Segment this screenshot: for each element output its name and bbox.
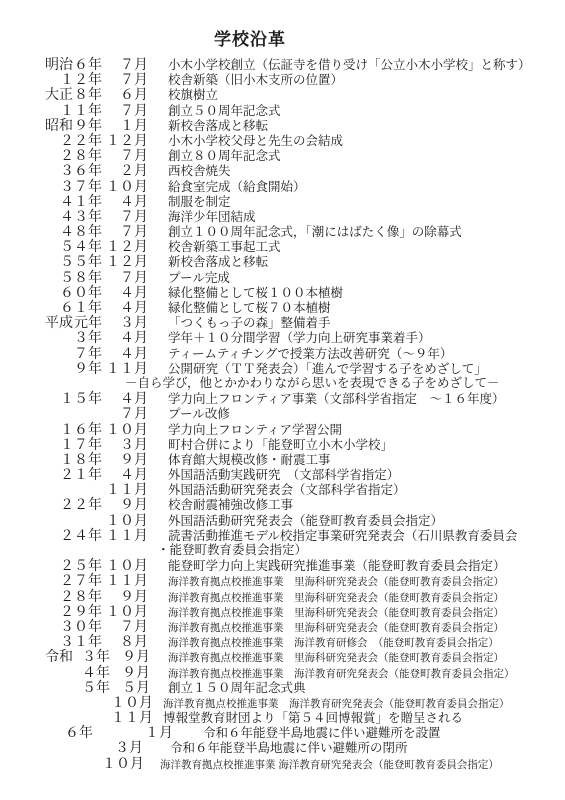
event-description: プール改修 <box>148 407 230 422</box>
history-row: ７年４月ティームティチングで授業方法改善研究（～９年） <box>0 346 565 361</box>
event-description: 学力向上フロンティア事業（文部科学省指定 ～１６年度） <box>148 392 505 407</box>
year-label: ４３年 <box>0 209 102 224</box>
event-description: 校旗樹立 <box>148 88 218 103</box>
history-row: ２８年７月創立８０周年記念式 <box>0 148 565 163</box>
event-description: 学力向上フロンティア学習公開 <box>148 423 342 438</box>
event-description: 海洋少年団結成 <box>148 210 256 225</box>
month-label: ８月 <box>102 634 148 649</box>
year-label: １７年 <box>0 437 102 452</box>
document-page: 学校沿革 明治６年７月小木小学校創立（伝証寺を借り受け「公立小木小学校」と称す）… <box>0 0 565 800</box>
history-row: ３月令和６年能登半島地震に伴い避難所の閉所 <box>0 740 565 755</box>
event-description: 緑化整備として桜７０本植樹 <box>148 301 331 316</box>
history-row: ３７年１０月給食室完成（給食開始） <box>0 179 565 194</box>
year-label: ６１年 <box>0 300 102 315</box>
year-label: ４１年 <box>0 194 102 209</box>
month-label: ７月 <box>102 406 148 421</box>
year-label: ６年 <box>0 725 93 740</box>
event-description: 新校舎落成と移転 <box>148 255 268 270</box>
year-label: ３７年 <box>0 179 102 194</box>
history-row: ２８年９月海洋教育拠点校推進事業 里海科研究発表会（能登町教育委員会指定） <box>0 589 565 604</box>
year-label: ２９年 <box>0 604 102 619</box>
month-label: ７月 <box>102 72 148 87</box>
year-label: ２２年 <box>0 497 102 512</box>
event-description: 海洋教育拠点校推進事業 海洋教育研究発表会（能登町教育委員会指定） <box>143 758 499 773</box>
history-row: ９年１１月公開研究（ＴＴ発表会）「進んで学習する子をめざして」 <box>0 361 565 376</box>
event-description: 小木小学校創立（伝証寺を借り受け「公立小木小学校」と称す） <box>148 58 531 73</box>
event-description: 校舎新築（旧小木支所の位置） <box>148 73 343 88</box>
event-description: 創立１００周年記念式，「潮にはばたく像」の除幕式 <box>148 225 462 240</box>
month-label: ９月 <box>102 497 148 512</box>
month-label: １０月 <box>102 422 148 437</box>
history-row: ２４年１１月読書活動推進モデル校指定事業研究発表会（石川県教育委員会 <box>0 528 565 543</box>
history-row: ２９年１０月海洋教育拠点校推進事業 里海科研究発表会（能登町教育委員会指定） <box>0 604 565 619</box>
year-label: ２５年 <box>0 558 102 573</box>
event-description: 校舎新築工事起工式 <box>148 240 281 255</box>
month-label: ６月 <box>102 87 148 102</box>
month-label: ５月 <box>110 680 150 695</box>
month-label: ４月 <box>102 194 148 209</box>
month-label: ９月 <box>102 589 148 604</box>
month-label: ３月 <box>102 315 148 330</box>
history-row: ５４年１２月校舎新築工事起工式 <box>0 239 565 254</box>
era-label: 平成 <box>45 315 73 330</box>
history-row: １６年１０月学力向上フロンティア学習公開 <box>0 422 565 437</box>
year-label: ３６年 <box>0 163 102 178</box>
month-label: ４月 <box>102 467 148 482</box>
event-description: 外国語活動研究発表会（文部科学省指定） <box>148 483 406 498</box>
event-description: 給食室完成（給食開始） <box>148 180 306 195</box>
history-row: ６０年４月緑化整備として桜１００本植樹 <box>0 285 565 300</box>
history-row: １１月博報堂教育財団より「第５４回博報賞」を贈呈される <box>0 710 565 725</box>
event-description: 町村合併により「能登町立小木小学校」 <box>148 438 393 453</box>
history-row: １１年７月創立５０周年記念式 <box>0 103 565 118</box>
event-description: 創立８０周年記念式 <box>148 149 281 164</box>
history-row: ３年４月学年＋１０分間学習（学力向上研究事業着手） <box>0 330 565 345</box>
year-label: ６０年 <box>0 285 102 300</box>
month-label: ７月 <box>102 619 148 634</box>
event-description: 校舎耐震補強改修工事 <box>148 498 293 513</box>
month-label: ７月 <box>102 103 148 118</box>
history-row: 昭和９年１月新校舎落成と移転 <box>0 118 565 133</box>
history-row: 令和３年９月海洋教育拠点校推進事業 里海科研究発表会（能登町教育委員会指定） <box>0 649 565 664</box>
event-description-continued: －自ら学び，他とかかわりながら思いを表現できる子をめざして－ <box>0 376 500 391</box>
history-row: ３６年２月西校舎焼失 <box>0 163 565 178</box>
month-label: ４月 <box>102 391 148 406</box>
year-label: ５８年 <box>0 270 102 285</box>
month-label: ４月 <box>102 346 148 361</box>
history-row: 平成元年３月「つくもっ子の森」整備着手 <box>0 315 565 330</box>
year-label: ５５年 <box>0 254 102 269</box>
history-row: １５年４月学力向上フロンティア事業（文部科学省指定 ～１６年度） <box>0 391 565 406</box>
month-label: ９月 <box>110 649 150 664</box>
era-label: 令和 <box>45 649 73 664</box>
event-description: 公開研究（ＴＴ発表会）「進んで学習する子をめざして」 <box>148 362 487 377</box>
month-label: １１月 <box>102 528 148 543</box>
year-label: １６年 <box>0 422 102 437</box>
event-description: 体育館大規模改修・耐震工事 <box>148 453 331 468</box>
event-description: 令和６年能登半島地震に伴い避難所の閉所 <box>143 741 408 756</box>
year-label: １２年 <box>0 72 102 87</box>
history-row: ５８年７月プール完成 <box>0 270 565 285</box>
history-row: ４８年７月創立１００周年記念式，「潮にはばたく像」の除幕式 <box>0 224 565 239</box>
history-row: ３１年８月海洋教育拠点校推進事業 海洋教育研修会 （能登町教育委員会指定） <box>0 634 565 649</box>
history-row: ２５年１０月能登町学力向上実践研究推進事業（能登町教育委員会指定） <box>0 558 565 573</box>
month-label: １１月 <box>102 482 148 497</box>
month-label: １１月 <box>102 361 148 376</box>
month-label: １２月 <box>102 239 148 254</box>
month-label: ４月 <box>102 330 148 345</box>
month-label: １月 <box>93 725 173 740</box>
month-label: １２月 <box>102 133 148 148</box>
era-label: 昭和 <box>45 118 73 133</box>
month-label: ９月 <box>102 452 148 467</box>
history-row: １７年３月町村合併により「能登町立小木小学校」 <box>0 437 565 452</box>
era-label: 大正 <box>45 87 73 102</box>
event-description: 西校舎焼失 <box>148 164 231 179</box>
history-row: －自ら学び，他とかかわりながら思いを表現できる子をめざして－ <box>0 376 565 391</box>
year-label: １８年 <box>0 452 102 467</box>
month-label: ４月 <box>102 285 148 300</box>
event-description-continued: ・能登町教育委員会指定） <box>0 543 307 558</box>
event-description: 緑化整備として桜１００本植樹 <box>148 286 343 301</box>
month-label: １月 <box>102 118 148 133</box>
history-row: ４１年４月制服を制定 <box>0 194 565 209</box>
event-description: 制服を制定 <box>148 195 231 210</box>
month-label: ３月 <box>102 437 148 452</box>
month-label: ２月 <box>102 163 148 178</box>
month-label: ７月 <box>102 57 148 72</box>
year-label: ２１年 <box>0 467 102 482</box>
event-description: 創立５０周年記念式 <box>148 104 281 119</box>
month-label: １０月 <box>102 513 148 528</box>
month-label: ４月 <box>102 300 148 315</box>
year-label: ２２年 <box>0 133 102 148</box>
event-description: 小木小学校父母と先生の会結成 <box>148 134 343 149</box>
history-row: ・能登町教育委員会指定） <box>0 543 565 558</box>
event-description: 能登町学力向上実践研究推進事業（能登町教育委員会指定） <box>148 559 506 574</box>
year-label: １１年 <box>0 103 102 118</box>
month-label: ３月 <box>102 740 143 755</box>
history-row: ２２年９月校舎耐震補強改修工事 <box>0 497 565 512</box>
event-description: ティームティチングで授業方法改善研究（～９年） <box>148 347 452 362</box>
event-description: プール完成 <box>148 271 230 286</box>
event-description: 令和６年能登半島地震に伴い避難所を設置 <box>173 726 441 741</box>
history-list: 明治６年７月小木小学校創立（伝証寺を借り受け「公立小木小学校」と称す）１２年７月… <box>0 57 565 771</box>
month-label: １０月 <box>102 179 148 194</box>
history-row: ２１年４月外国語活動実践研究 （文部科学省指定） <box>0 467 565 482</box>
year-label: ７年 <box>0 346 102 361</box>
year-label: ５４年 <box>0 239 102 254</box>
month-label: １０月 <box>102 604 148 619</box>
history-row: １２年７月校舎新築（旧小木支所の位置） <box>0 72 565 87</box>
year-label: ４年 <box>0 665 110 680</box>
year-label: ３１年 <box>0 634 102 649</box>
year-label: ３年 <box>0 330 102 345</box>
history-row: 明治６年７月小木小学校創立（伝証寺を借り受け「公立小木小学校」と称す） <box>0 57 565 72</box>
history-row: ５５年１２月新校舎落成と移転 <box>0 254 565 269</box>
month-label: １１月 <box>102 573 148 588</box>
history-row: １１月外国語活動研究発表会（文部科学省指定） <box>0 482 565 497</box>
event-description: 創立１５０周年記念式典 <box>150 681 306 696</box>
history-row: ２２年１２月小木小学校父母と先生の会結成 <box>0 133 565 148</box>
month-label: ７月 <box>102 224 148 239</box>
history-row: ７月プール改修 <box>0 406 565 421</box>
event-description: 「つくもっ子の森」整備着手 <box>148 316 331 331</box>
page-title: 学校沿革 <box>0 25 500 50</box>
month-label: ７月 <box>102 209 148 224</box>
history-row: ３０年７月海洋教育拠点校推進事業 里海科研究発表会（能登町教育委員会指定） <box>0 619 565 634</box>
year-label: ３０年 <box>0 619 102 634</box>
year-label: ５年 <box>0 680 110 695</box>
month-label: １０月 <box>102 558 148 573</box>
history-row: ６１年４月緑化整備として桜７０本植樹 <box>0 300 565 315</box>
month-label: １２月 <box>102 254 148 269</box>
history-row: ５年５月創立１５０周年記念式典 <box>0 680 565 695</box>
history-row: ２７年１１月海洋教育拠点校推進事業 里海科研究発表会（能登町教育委員会指定） <box>0 573 565 588</box>
history-row: １８年９月体育館大規模改修・耐震工事 <box>0 452 565 467</box>
month-label: １０月 <box>110 695 153 710</box>
event-description: 学年＋１０分間学習（学力向上研究事業着手） <box>148 331 431 346</box>
event-description: 外国語活動実践研究 （文部科学省指定） <box>148 468 399 483</box>
history-row: １０月外国語活動研究発表会（能登町教育委員会指定） <box>0 513 565 528</box>
event-description: 新校舎落成と移転 <box>148 119 268 134</box>
history-row: ４３年７月海洋少年団結成 <box>0 209 565 224</box>
history-row: ４年９月海洋教育拠点校推進事業 海洋教育研究発表会（能登町教育委員会指定） <box>0 665 565 680</box>
history-row: １０月海洋教育拠点校推進事業 海洋教育研究発表会（能登町教育委員会指定） <box>0 695 565 710</box>
event-description: 博報堂教育財団より「第５４回博報賞」を贈呈される <box>153 711 463 726</box>
year-label: ４８年 <box>0 224 102 239</box>
year-label: ２８年 <box>0 148 102 163</box>
month-label: １１月 <box>110 710 153 725</box>
month-label: １０月 <box>102 756 143 771</box>
year-label: ２７年 <box>0 573 102 588</box>
year-label: ２８年 <box>0 589 102 604</box>
history-row: 大正８年６月校旗樹立 <box>0 87 565 102</box>
history-row: ６年１月令和６年能登半島地震に伴い避難所を設置 <box>0 725 565 740</box>
year-label: １５年 <box>0 391 102 406</box>
year-label: ２４年 <box>0 528 102 543</box>
month-label: ７月 <box>102 270 148 285</box>
event-description: 外国語活動研究発表会（能登町教育委員会指定） <box>148 514 443 529</box>
month-label: ９月 <box>110 665 150 680</box>
era-label: 明治 <box>45 57 73 72</box>
month-label: ７月 <box>102 148 148 163</box>
history-row: １０月海洋教育拠点校推進事業 海洋教育研究発表会（能登町教育委員会指定） <box>0 756 565 771</box>
year-label: ９年 <box>0 361 102 376</box>
event-description: 読書活動推進モデル校指定事業研究発表会（石川県教育委員会 <box>148 529 517 544</box>
